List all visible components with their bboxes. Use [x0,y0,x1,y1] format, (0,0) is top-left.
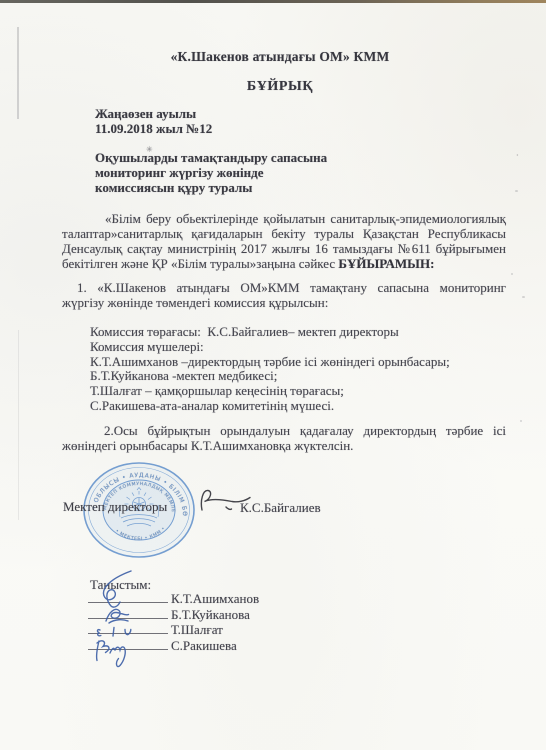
place-date-block: Жаңаөзен ауылы 11.09.2018 жыл №12 [95,106,212,136]
org-name-heading: «К.Шакенов атындағы ОМ» КММ [40,49,520,64]
issue-date-number: 11.09.2018 жыл №12 [95,121,212,136]
scan-line-artifact [18,330,19,520]
order-item-2: 2.Осы бұйрықтын орындалуын қадағалау дир… [62,423,506,453]
commission-chair: Комиссия төрағасы: К.С.Байгалиев– мектеп… [90,325,510,340]
scan-speck [511,273,513,275]
scan-speck: · [516,148,519,163]
issue-place: Жаңаөзен ауылы [95,106,212,121]
subject-line: Оқушыларды тамақтандыру сапасына [95,150,327,165]
commission-member: Т.Шалғат – қамқоршылар кеңесінің төрағас… [90,384,510,399]
subject-line: комиссиясын құру туралы [95,180,327,195]
acknowledgement-signatures [85,568,203,676]
scan-speck [520,420,522,422]
commission-list: Комиссия төрағасы: К.С.Байгалиев– мектеп… [90,325,510,414]
order-keyword: БҰЙЫРАМЫН: [338,256,434,271]
subject-line: мониторинг жүргізу жөнінде [95,165,327,180]
director-name: К.С.Байгалиев [240,500,321,515]
commission-members-label: Комиссия мүшелері: [90,340,510,355]
preamble-paragraph: «Білім беру обьектілерінде қойылатын сан… [62,211,506,271]
scan-edge-artifact [0,0,546,3]
preamble-text: «Білім беру обьектілерінде қойылатын сан… [62,211,506,271]
document-type-heading: БҰЙРЫҚ [40,79,520,94]
commission-member: Б.Т.Куйканова -мектеп медбикесі; [90,369,510,384]
commission-member: С.Ракишева-ата-аналар комитетінің мүшесі… [90,399,510,414]
scanned-document-page: ✳ · «К.Шакенов атындағы ОМ» КММ БҰЙРЫҚ Ж… [0,0,546,750]
order-item-1: 1. «К.Шакенов атындағы ОМ»КММ тамақтану … [62,280,506,310]
scan-speck [515,190,518,192]
subject-block: Оқушыларды тамақтандыру сапасына монитор… [95,150,327,195]
director-title: Мектеп директоры [63,499,167,514]
scan-line-artifact [17,27,19,119]
commission-member: К.Т.Ашимханов –директордың тәрбие ісі жө… [90,355,510,370]
scan-speck [522,296,525,298]
